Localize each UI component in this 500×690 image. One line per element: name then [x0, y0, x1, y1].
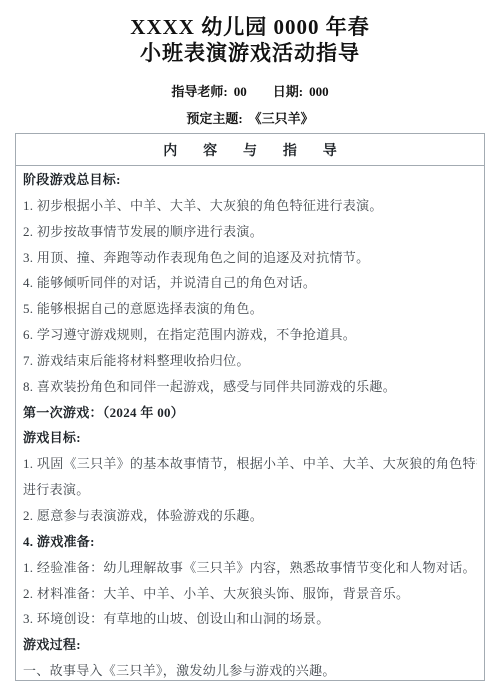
content-line: 2. 材料准备：大羊、中羊、小羊、大灰狼头饰、服饰，背景音乐。	[23, 581, 477, 607]
content-line: 游戏目标:	[23, 425, 477, 451]
content-line: 1. 经验准备：幼儿理解故事《三只羊》内容，熟悉故事情节变化和人物对话。	[23, 555, 477, 581]
theme-row: 预定主题:《三只羊》	[0, 108, 500, 127]
date-value: 000	[309, 84, 329, 99]
content-line: 第一次游戏：（2024 年 00）	[23, 400, 477, 426]
document-page: XXXX 幼儿园 0000 年春 小班表演游戏活动指导 指导老师:00日期:00…	[0, 0, 500, 690]
content-line: 5. 能够根据自己的意愿选择表演的角色。	[23, 296, 477, 322]
content-line: 游戏过程:	[23, 632, 477, 658]
content-box-body: 阶段游戏总目标:1. 初步根据小羊、中羊、大羊、大灰狼的角色特征进行表演。2. …	[16, 166, 484, 684]
teacher-date-row: 指导老师:00日期:000	[0, 81, 500, 100]
content-line: 1. 初步根据小羊、中羊、大羊、大灰狼的角色特征进行表演。	[23, 193, 477, 219]
content-line: 7. 游戏结束后能将材料整理收拾归位。	[23, 348, 477, 374]
content-line: 2. 愿意参与表演游戏，体验游戏的乐趣。	[23, 503, 477, 529]
content-line: 3. 用顶、撞、奔跑等动作表现角色之间的追逐及对抗情节。	[23, 245, 477, 271]
content-line: 4. 游戏准备:	[23, 529, 477, 555]
content-line: 6. 学习遵守游戏规则，在指定范围内游戏，不争抢道具。	[23, 322, 477, 348]
content-line: 8. 喜欢装扮角色和同伴一起游戏，感受与同伴共同游戏的乐趣。	[23, 374, 477, 400]
teacher-label: 指导老师:	[171, 84, 227, 99]
content-line: 2. 初步按故事情节发展的顺序进行表演。	[23, 219, 477, 245]
theme-value: 《三只羊》	[249, 111, 314, 126]
content-line: 阶段游戏总目标:	[23, 167, 477, 193]
content-box: 内容与指导 阶段游戏总目标:1. 初步根据小羊、中羊、大羊、大灰狼的角色特征进行…	[15, 133, 485, 681]
date-label: 日期:	[273, 84, 303, 99]
document-title-line1: XXXX 幼儿园 0000 年春	[0, 14, 500, 40]
content-line: 进行表演。	[23, 477, 477, 503]
document-title-line2: 小班表演游戏活动指导	[0, 40, 500, 66]
theme-label: 预定主题:	[186, 111, 242, 126]
content-line: 一、故事导入《三只羊》，激发幼儿参与游戏的兴趣。	[23, 658, 477, 684]
teacher-value: 00	[234, 84, 247, 99]
content-line: 3. 环境创设：有草地的山坡、创设山和山洞的场景。	[23, 606, 477, 632]
content-line: 1. 巩固《三只羊》的基本故事情节，根据小羊、中羊、大羊、大灰狼的角色特征	[23, 451, 477, 477]
content-line: 4. 能够倾听同伴的对话，并说清自己的角色对话。	[23, 270, 477, 296]
content-box-header: 内容与指导	[16, 134, 484, 166]
